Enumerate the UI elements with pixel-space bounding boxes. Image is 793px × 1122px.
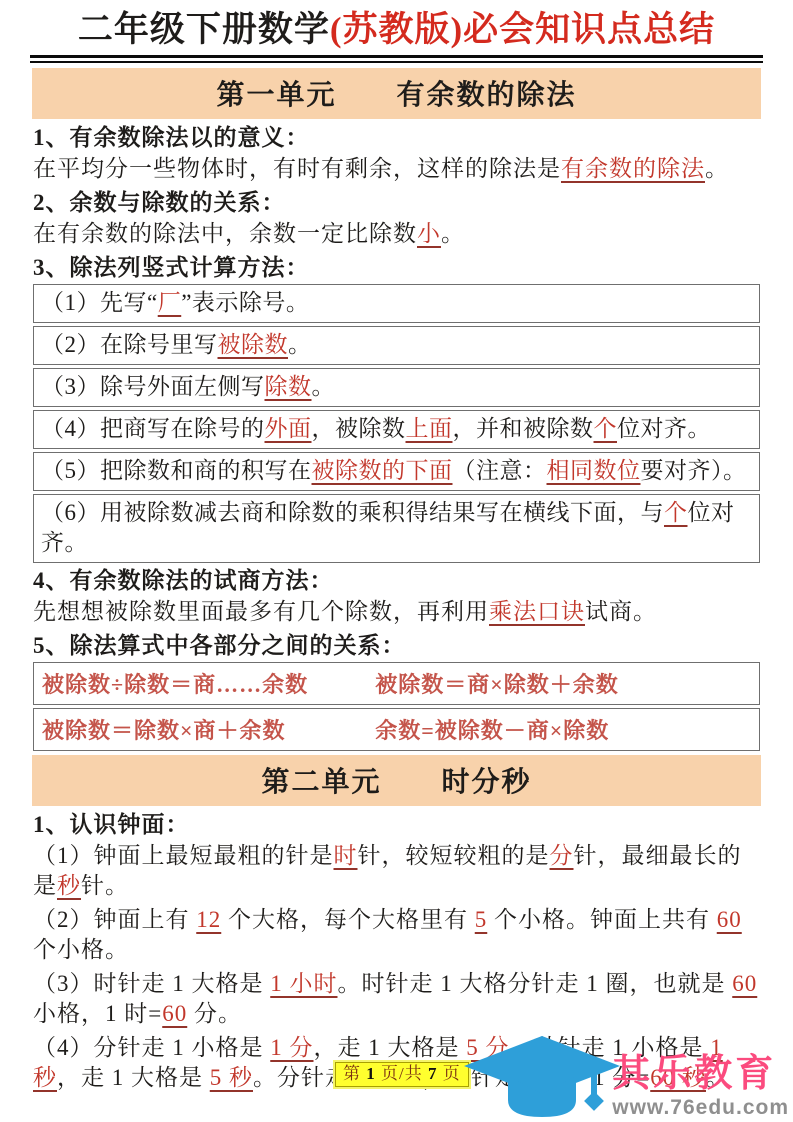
formula-cell: 被除数÷除数＝商……余数 [42,668,375,699]
heading-3-vertical-method: 3、除法列竖式计算方法： [33,253,760,282]
heading-1-meaning: 1、有余数除法以的意义： [33,123,760,152]
heading-5-relations: 5、除法算式中各部分之间的关系： [33,631,760,660]
logo-text: 其乐教育 www.76edu.com [612,1052,793,1120]
table-row: （6）用被除数减去商和除数的乘积得结果写在横线下面，与个位对齐。 [33,494,760,563]
table-row: （3）除号外面左侧写除数。 [33,368,760,407]
page-number-badge: 第 1 页/共 7 页 [335,1062,469,1087]
section2-header: 第二单元 时分秒 [32,755,761,806]
logo-brand-name: 其乐教育 [612,1052,776,1096]
heading-4-trial-quotient: 4、有余数除法的试商方法： [33,566,760,595]
formula-table: 被除数÷除数＝商……余数 被除数＝商×除数＋余数 被除数＝除数×商＋余数 余数=… [33,662,760,751]
section1-header: 第一单元 有余数的除法 [32,68,761,119]
heading-clock-face: 1、认识钟面： [33,810,760,839]
page-title-black: 二年级下册数学 [78,10,330,49]
graduation-cap-icon [464,1036,624,1122]
formula-row: 被除数＝除数×商＋余数 余数=被除数－商×除数 [33,708,760,751]
document-page: 二年级下册数学(苏教版)必会知识点总结 第一单元 有余数的除法 1、有余数除法以… [0,0,793,1122]
formula-cell: 被除数＝商×除数＋余数 [375,668,751,699]
paragraph-clock-3: （3）时针走 1 大格是 1 小时。时针走 1 大格分针走 1 圈，也就是 60… [33,969,760,1029]
paragraph-clock-1: （1）钟面上最短最粗的针是时针，较短较粗的是分针，最细最长的是秒针。 [33,841,760,901]
formula-cell: 被除数＝除数×商＋余数 [42,714,375,745]
logo-url: www.76edu.com [612,1096,789,1120]
table-row: （4）把商写在除号的外面，被除数上面，并和被除数个位对齐。 [33,410,760,449]
paragraph-4-trial-quotient: 先想想被除数里面最多有几个除数，再利用乘法口诀试商。 [33,597,760,627]
watermark-logo: 其乐教育 www.76edu.com [464,1036,793,1120]
table-row: （1）先写“厂”表示除号。 [33,284,760,323]
paragraph-clock-2: （2）钟面上有 12 个大格，每个大格里有 5 个小格。钟面上共有 60 个小格… [33,905,760,965]
page-title-red: (苏教版)必会知识点总结 [330,10,715,49]
table-row: （5）把除数和商的积写在被除数的下面（注意：相同数位要对齐）。 [33,452,760,491]
paragraph-1-meaning: 在平均分一些物体时，有时有剩余，这样的除法是有余数的除法。 [33,154,760,184]
paragraph-2-relation: 在有余数的除法中，余数一定比除数小。 [33,219,760,249]
title-divider [30,55,763,63]
heading-2-relation: 2、余数与除数的关系： [33,188,760,217]
page-title: 二年级下册数学(苏教版)必会知识点总结 [33,8,760,52]
formula-cell: 余数=被除数－商×除数 [375,714,751,745]
table-row: （2）在除号里写被除数。 [33,326,760,365]
formula-row: 被除数÷除数＝商……余数 被除数＝商×除数＋余数 [33,662,760,705]
